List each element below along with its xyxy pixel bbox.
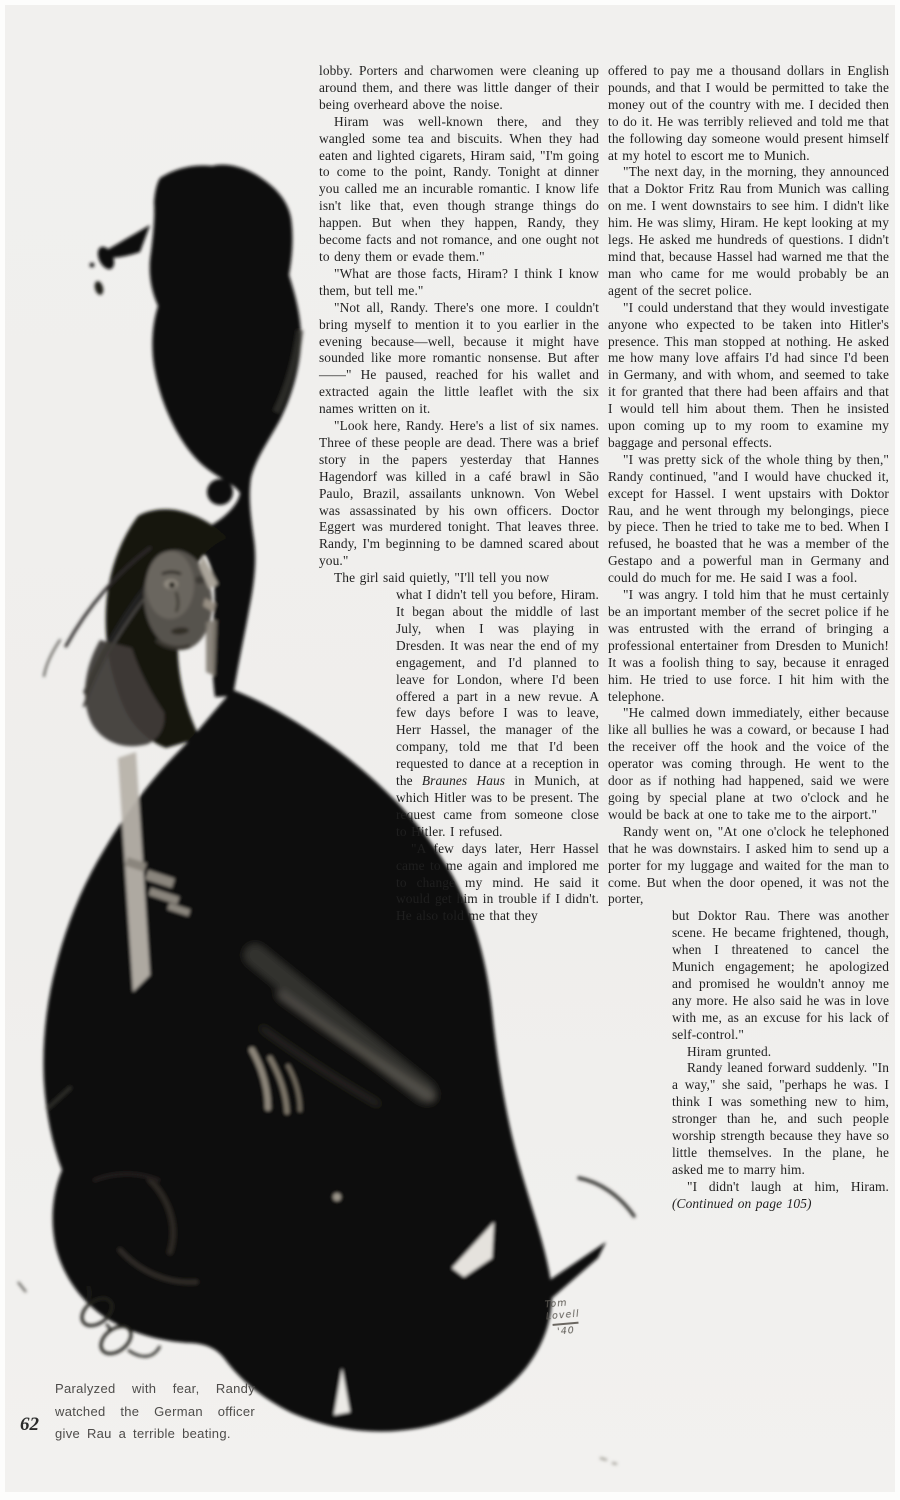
paragraph: what I didn't tell you before, Hiram. It… xyxy=(396,587,599,841)
paragraph: "The next day, in the morning, they anno… xyxy=(608,164,889,299)
column-middle-full-text: lobby. Porters and charwomen were cleani… xyxy=(319,63,599,587)
paragraph: "He calmed down immediately, either beca… xyxy=(608,705,889,823)
paragraph: Randy went on, "At one o'clock he teleph… xyxy=(608,824,889,909)
paragraph: "I was pretty sick of the whole thing by… xyxy=(608,452,889,587)
paragraph: "I could understand that they would inve… xyxy=(608,300,889,452)
column-right-indented-text: but Doktor Rau. There was another scene.… xyxy=(672,908,889,1212)
illustration-caption: Paralyzed with fear, Randy watched the G… xyxy=(55,1378,255,1446)
page-number: 62 xyxy=(20,1414,39,1436)
paragraph: "I didn't laugh at him, Hiram. (Continue… xyxy=(672,1179,889,1213)
paragraph: "Not all, Randy. There's one more. I cou… xyxy=(319,300,599,418)
paragraph: but Doktor Rau. There was another scene.… xyxy=(672,908,889,1043)
paragraph: "A few days later, Herr Hassel came to m… xyxy=(396,841,599,926)
paragraph: lobby. Porters and charwomen were cleani… xyxy=(319,63,599,114)
signature-year: '40 xyxy=(557,1324,582,1338)
paragraph: Hiram was well-known there, and they wan… xyxy=(319,114,599,266)
paragraph: "Look here, Randy. Here's a list of six … xyxy=(319,418,599,570)
paragraph: offered to pay me a thousand dollars in … xyxy=(608,63,889,164)
paragraph: "I was angry. I told him that he must ce… xyxy=(608,587,889,705)
column-right-full-text: offered to pay me a thousand dollars in … xyxy=(608,63,889,908)
story-column-right: offered to pay me a thousand dollars in … xyxy=(608,63,889,1213)
paragraph: Hiram grunted. xyxy=(672,1044,889,1061)
paragraph: The girl said quietly, "I'll tell you no… xyxy=(319,570,599,587)
story-column-middle: lobby. Porters and charwomen were cleani… xyxy=(319,63,599,925)
artist-signature: Tom Lovell '40 xyxy=(544,1297,581,1339)
magazine-page: lobby. Porters and charwomen were cleani… xyxy=(0,0,900,1500)
column-middle-indented-text: what I didn't tell you before, Hiram. It… xyxy=(396,587,599,925)
paragraph: "What are those facts, Hiram? I think I … xyxy=(319,266,599,300)
paragraph: Randy leaned forward suddenly. "In a way… xyxy=(672,1060,889,1178)
